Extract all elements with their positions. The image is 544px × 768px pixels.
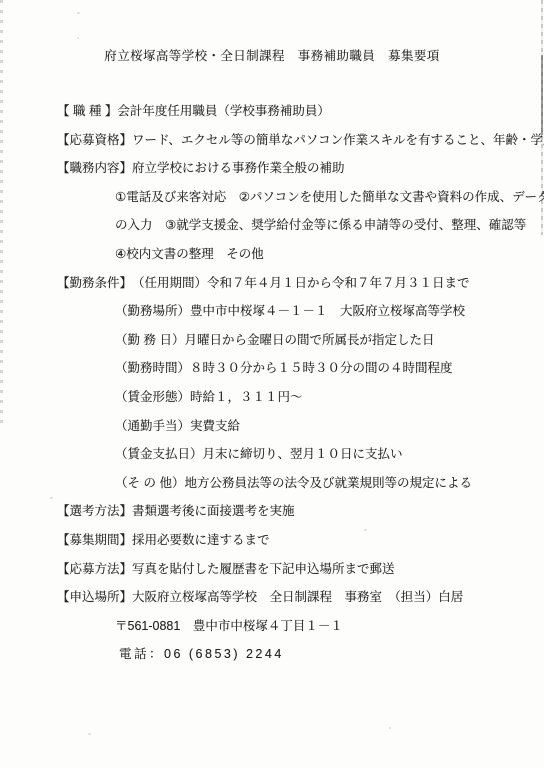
document-line: 【募集期間】採用必要数に達するまで [0,526,544,555]
document-line: 【 職 種 】会計年度任用職員（学校事務補助員） [0,97,544,126]
line-text: 写真を貼付した履歴書を下記申込場所まで郵送 [132,562,395,576]
document-line: 電話：06 (6853) 2244 [0,640,544,669]
document-line: （賃金形態）時給１，３１１円～ [0,383,544,412]
line-text: （勤務場所）豊中市中桜塚４－１－１ 大阪府立桜塚高等学校 [115,304,465,318]
scan-speck [77,12,80,14]
line-text: 書類選考後に面接選考を実施 [132,504,295,518]
document-line: ④校内文書の整理 その他 [0,240,544,269]
line-text: （そ の 他）地方公務員法等の法令及び就業規則等の規定による [115,476,472,490]
document-line: （勤 務 日）月曜日から金曜日の間で所属長が指定した日 [0,326,544,355]
line-text: （賃金形態）時給１，３１１円～ [115,390,303,404]
line-text: ④校内文書の整理 その他 [115,247,264,261]
document-line: （勤務場所）豊中市中桜塚４－１－１ 大阪府立桜塚高等学校 [0,297,544,326]
line-text: の入力 ③就学支援金、奨学給付金等に係る申請等の受付、整理、確認等 [115,218,526,232]
document-line: の入力 ③就学支援金、奨学給付金等に係る申請等の受付、整理、確認等 [0,211,544,240]
document-line: 【応募資格】ワード、エクセル等の簡単なパソコン作業スキルを有すること、年齢・学歴… [0,126,544,155]
section-label: 【募集期間】 [57,526,132,555]
line-text: 府立学校における事務作業全般の補助 [132,161,345,175]
line-text: ①電話及び来客対応 ②パソコンを使用した簡単な文書や資料の作成、データ [115,190,544,204]
line-text: 〒561-0881 豊中市中桜塚４丁目１－１ [115,619,343,633]
document-line: 【選考方法】書類選考後に面接選考を実施 [0,497,544,526]
document-title: 府立桜塚高等学校・全日制課程 事務補助職員 募集要項 [0,46,544,64]
line-text: 電話：06 (6853) 2244 [119,647,284,661]
section-label: 【選考方法】 [57,497,132,526]
document-line: 〒561-0881 豊中市中桜塚４丁目１－１ [0,612,544,641]
scan-speck [389,727,391,729]
document-line: （賃金支払日）月末に締切り、翌月１０日に支払い [0,440,544,469]
line-text: 会計年度任用職員（学校事務補助員） [117,104,330,118]
document-line: 【職務内容】府立学校における事務作業全般の補助 [0,154,544,183]
line-text: （任用期間）令和７年４月１日から令和７年７月３１日まで [132,276,470,290]
document-page: 府立桜塚高等学校・全日制課程 事務補助職員 募集要項 【 職 種 】会計年度任用… [0,0,544,768]
document-line: 【申込場所】大阪府立桜塚高等学校 全日制課程 事務室 （担当）白居 [0,583,544,612]
section-label: 【 職 種 】 [57,97,117,126]
document-line: （通勤手当）実費支給 [0,412,544,441]
line-text: ワード、エクセル等の簡単なパソコン作業スキルを有すること、年齢・学歴不問 [132,133,544,147]
line-text: （賃金支払日）月末に締切り、翌月１０日に支払い [115,447,403,461]
document-line: 【応募方法】写真を貼付した履歴書を下記申込場所まで郵送 [0,555,544,584]
section-label: 【申込場所】 [57,583,132,612]
section-label: 【応募方法】 [57,555,132,584]
line-text: （勤務時間）８時３０分から１５時３０分の間の４時間程度 [115,361,453,375]
section-label: 【職務内容】 [57,154,132,183]
document-line: 【勤務条件】（任用期間）令和７年４月１日から令和７年７月３１日まで [0,269,544,298]
document-line: （そ の 他）地方公務員法等の法令及び就業規則等の規定による [0,469,544,498]
line-text: 採用必要数に達するまで [132,533,270,547]
line-text: 大阪府立桜塚高等学校 全日制課程 事務室 （担当）白居 [132,590,463,604]
scan-speck [77,37,79,39]
line-text: （通勤手当）実費支給 [115,419,240,433]
section-label: 【勤務条件】 [57,269,132,298]
section-label: 【応募資格】 [57,126,132,155]
document-body: 【 職 種 】会計年度任用職員（学校事務補助員）【応募資格】ワード、エクセル等の… [0,97,544,669]
line-text: （勤 務 日）月曜日から金曜日の間で所属長が指定した日 [115,333,434,347]
scan-speck [88,733,91,735]
document-line: （勤務時間）８時３０分から１５時３０分の間の４時間程度 [0,354,544,383]
document-line: ①電話及び来客対応 ②パソコンを使用した簡単な文書や資料の作成、データ [0,183,544,212]
